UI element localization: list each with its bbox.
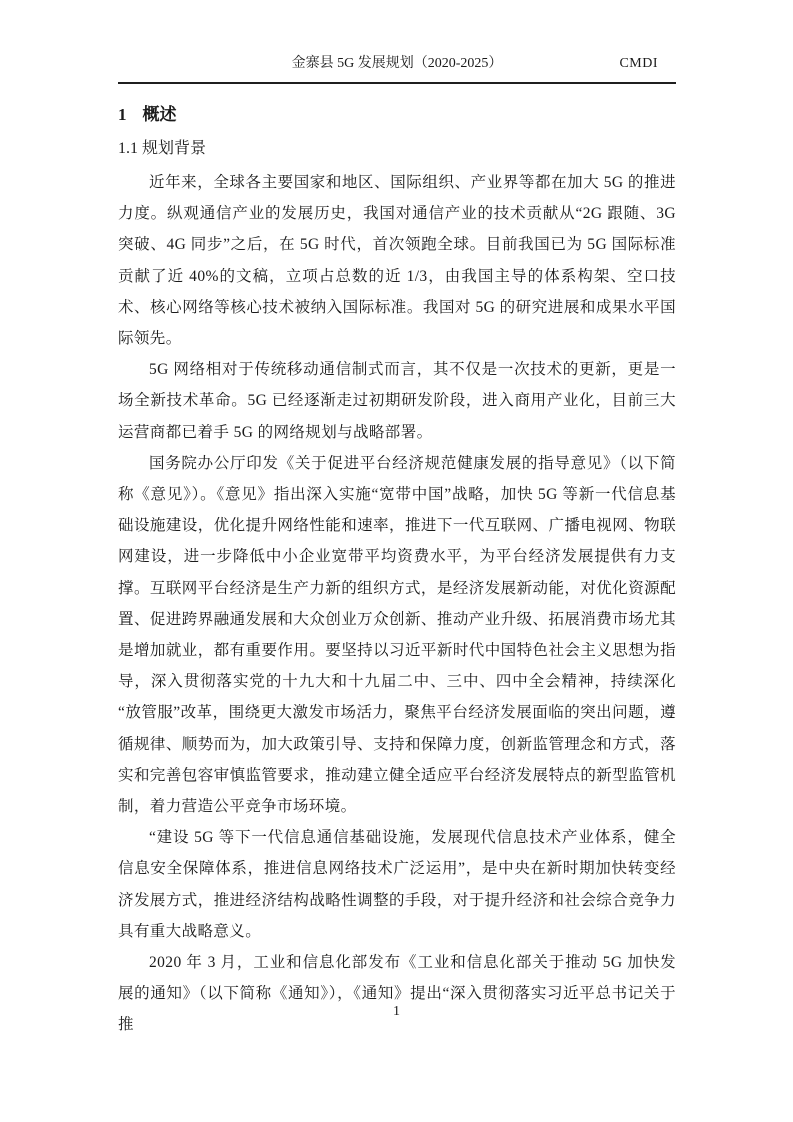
paragraph-3: 国务院办公厅印发《关于促进平台经济规范健康发展的指导意见》（以下简称《意见》）。… [118, 448, 676, 822]
page-footer: 1 [0, 1004, 793, 1020]
header-org-label: CMDI [619, 54, 658, 74]
document-page: 金寨县 5G 发展规划（2020-2025） CMDI 1概述 1.1 规划背景… [0, 0, 793, 1122]
document-body: 1概述 1.1 规划背景 近年来，全球各主要国家和地区、国际组织、产业界等都在加… [118, 98, 676, 1041]
page-header: 金寨县 5G 发展规划（2020-2025） CMDI [118, 52, 676, 84]
section-heading: 1概述 [118, 103, 676, 127]
header-title: 金寨县 5G 发展规划（2020-2025） [118, 54, 676, 74]
section-title: 概述 [143, 105, 177, 124]
page-number: 1 [393, 1004, 400, 1019]
paragraph-5: 2020 年 3 月，工业和信息化部发布《工业和信息化部关于推动 5G 加快发展… [118, 947, 676, 1041]
section-number: 1 [118, 103, 127, 127]
paragraph-4: “建设 5G 等下一代信息通信基础设施，发展现代信息技术产业体系，健全信息安全保… [118, 822, 676, 947]
paragraph-2: 5G 网络相对于传统移动通信制式而言，其不仅是一次技术的更新，更是一场全新技术革… [118, 354, 676, 448]
paragraph-1: 近年来，全球各主要国家和地区、国际组织、产业界等都在加大 5G 的推进力度。纵观… [118, 167, 676, 354]
subsection-heading: 1.1 规划背景 [118, 137, 676, 161]
